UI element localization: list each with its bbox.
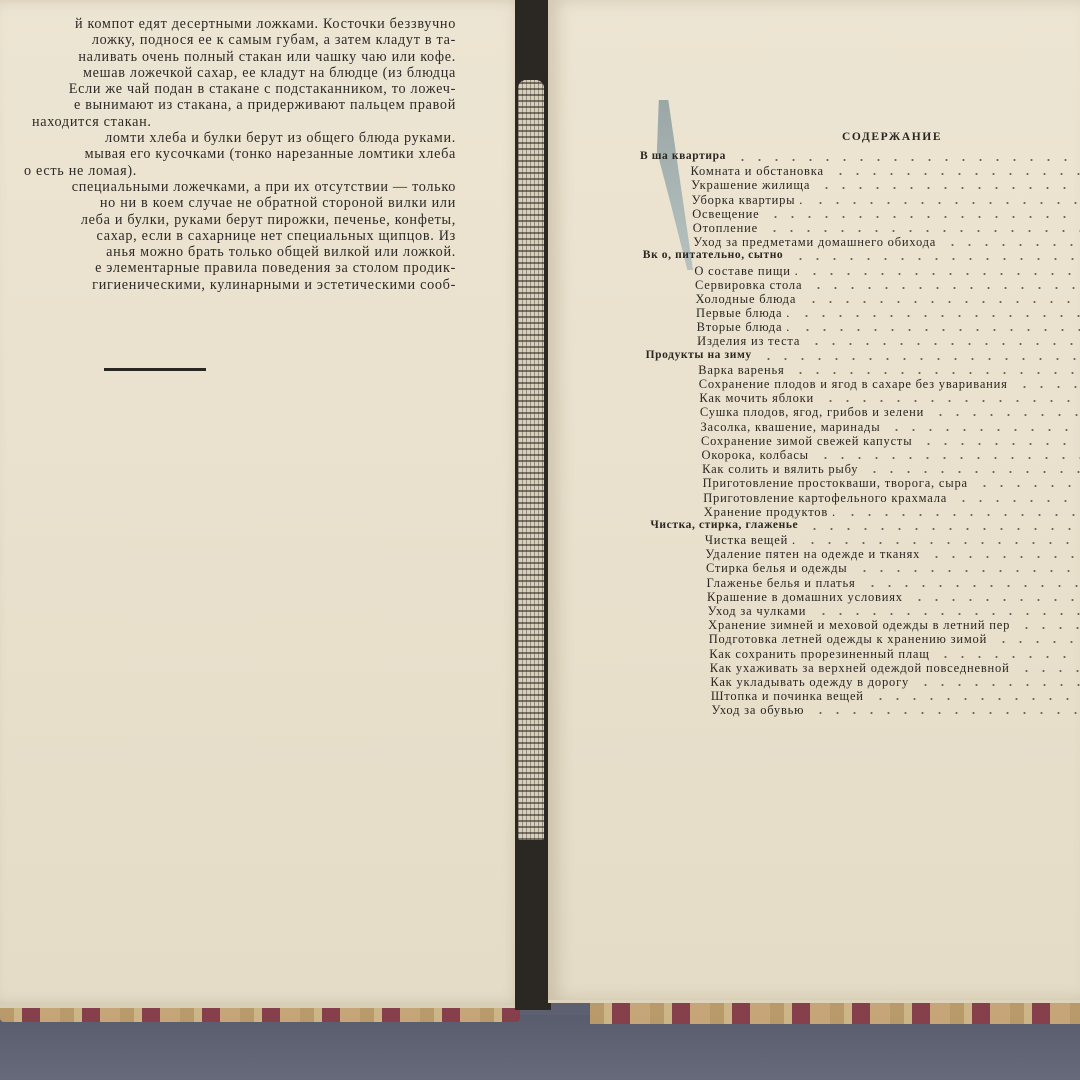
toc-label: Хранение зимней и меховой одежды в летни… (708, 618, 1010, 632)
toc-label: Освещение (692, 207, 759, 221)
text-line: но ни в коем случае не обратной стороной… (0, 195, 456, 211)
text-line: мешав ложечкой сахар, ее кладут на блюдц… (0, 65, 456, 81)
text-line: леба и булки, руками берут пирожки, пече… (0, 212, 456, 228)
toc-section: Вк о, питательно, сытно (640, 249, 1080, 263)
table-of-contents: В ша квартираКомната и обстановкаУкрашен… (640, 150, 1080, 718)
toc-entry: Уборка квартиры . (640, 193, 1080, 207)
toc-label: Вк о, питательно, сытно (643, 249, 784, 261)
toc-label: Штопка и починка вещей (711, 689, 864, 703)
toc-entry: Вторые блюда . (640, 320, 1080, 334)
toc-entry: Сервировка стола (640, 278, 1080, 292)
section-divider-rule (104, 368, 206, 371)
toc-label: Уборка квартиры . (692, 193, 804, 207)
toc-entry: Уход за предметами домашнего обихода (640, 235, 1080, 249)
toc-label: Холодные блюда (696, 292, 797, 306)
left-page: й компот едят десертными ложками. Косточ… (0, 0, 525, 1008)
toc-label: Приготовление картофельного крахмала (703, 491, 947, 505)
toc-label: Засолка, квашение, маринады (700, 420, 880, 434)
toc-label: Как ухаживать за верхней одеждой повседн… (710, 661, 1010, 675)
toc-entry: Варка варенья (640, 363, 1080, 377)
toc-entry: Штопка и починка вещей (640, 689, 1080, 703)
toc-entry: Сохранение зимой свежей капусты (640, 434, 1080, 448)
text-line: наливать очень полный стакан или чашку ч… (0, 49, 456, 65)
toc-label: Удаление пятен на одежде и тканях (705, 547, 920, 561)
text-line: о есть не ломая). (0, 163, 456, 179)
toc-entry: Хранение зимней и меховой одежды в летни… (640, 618, 1080, 632)
toc-entry: О составе пищи . (640, 264, 1080, 278)
toc-entry: Удаление пятен на одежде и тканях (640, 547, 1080, 561)
toc-label: Глаженье белья и платья (707, 576, 856, 590)
toc-section: Чистка, стирка, глаженье (640, 519, 1080, 533)
toc-entry: Первые блюда . (640, 306, 1080, 320)
toc-entry: Как солить и вялить рыбу (640, 462, 1080, 476)
toc-label: В ша квартира (640, 150, 726, 162)
toc-entry: Засолка, квашение, маринады (640, 420, 1080, 434)
text-line: й компот едят десертными ложками. Косточ… (0, 16, 456, 32)
toc-entry: Комната и обстановка (640, 164, 1080, 178)
toc-entry: Крашение в домашних условиях (640, 590, 1080, 604)
toc-label: Уход за предметами домашнего обихода (693, 235, 936, 249)
toc-entry: Уход за обувью (640, 703, 1080, 717)
toc-label: Как мочить яблоки (699, 391, 814, 405)
toc-label: Уход за чулками (708, 604, 807, 618)
toc-label: Приготовление простокваши, творога, сыра (703, 476, 968, 490)
toc-entry: Освещение (640, 207, 1080, 221)
toc-label: Продукты на зиму (646, 349, 752, 361)
toc-label: Чистка, стирка, глаженье (650, 519, 798, 531)
toc-label: Изделия из теста (697, 334, 800, 348)
toc-entry: Приготовление простокваши, творога, сыра (640, 476, 1080, 490)
toc-entry: Холодные блюда (640, 292, 1080, 306)
toc-entry: Как мочить яблоки (640, 391, 1080, 405)
toc-entry: Изделия из теста (640, 334, 1080, 348)
toc-label: Хранение продуктов . (704, 505, 836, 519)
spine-binding-mesh (518, 80, 544, 840)
toc-label: Как укладывать одежду в дорогу (710, 675, 909, 689)
toc-label: О составе пищи . (694, 264, 798, 278)
toc-label: Сервировка стола (695, 278, 802, 292)
toc-label: Окорока, колбасы (702, 448, 809, 462)
toc-label: Вторые блюда . (697, 320, 791, 334)
toc-entry: Окорока, колбасы (640, 448, 1080, 462)
text-line: ломти хлеба и булки берут из общего блюд… (0, 130, 456, 146)
toc-entry: Сохранение плодов и ягод в сахаре без ув… (640, 377, 1080, 391)
toc-label: Варка варенья (698, 363, 784, 377)
toc-label: Как сохранить прорезиненный плащ (709, 647, 929, 661)
text-line: Если же чай подан в стакане с подстаканн… (0, 81, 456, 97)
text-line: анья можно брать только общей вилкой или… (0, 244, 456, 260)
toc-entry: Сушка плодов, ягод, грибов и зелени (640, 405, 1080, 419)
toc-entry: Отопление (640, 221, 1080, 235)
toc-entry: Как ухаживать за верхней одеждой повседн… (640, 661, 1080, 675)
toc-section: Продукты на зиму (640, 349, 1080, 363)
toc-label: Уход за обувью (711, 703, 804, 717)
toc-entry: Хранение продуктов . (640, 505, 1080, 519)
text-line: е вынимают из стакана, а придерживают па… (0, 97, 456, 113)
toc-section: В ша квартира (640, 150, 1080, 164)
toc-label: Подготовка летней одежды к хранению зимо… (709, 632, 987, 646)
toc-entry: Уход за чулками (640, 604, 1080, 618)
table-surface (0, 1015, 1080, 1080)
toc-entry: Подготовка летней одежды к хранению зимо… (640, 632, 1080, 646)
toc-label: Стирка белья и одежды (706, 561, 848, 575)
toc-title: СОДЕРЖАНИЕ (842, 131, 942, 143)
toc-label: Сохранение зимой свежей капусты (701, 434, 912, 448)
toc-label: Сохранение плодов и ягод в сахаре без ув… (699, 377, 1008, 391)
toc-entry: Украшение жилища (640, 178, 1080, 192)
text-line: находится стакан. (0, 114, 456, 130)
toc-entry: Как сохранить прорезиненный плащ (640, 647, 1080, 661)
text-line: сахар, если в сахарнице нет специальных … (0, 228, 456, 244)
toc-label: Первые блюда . (696, 306, 790, 320)
toc-label: Крашение в домашних условиях (707, 590, 903, 604)
text-line: е элементарные правила поведения за стол… (0, 260, 456, 276)
text-line: гигиеническими, кулинарными и эстетическ… (0, 277, 456, 293)
toc-label: Как солить и вялить рыбу (702, 462, 858, 476)
toc-label: Сушка плодов, ягод, грибов и зелени (700, 405, 924, 419)
toc-label: Чистка вещей . (705, 533, 796, 547)
toc-entry: Стирка белья и одежды (640, 561, 1080, 575)
toc-entry: Глаженье белья и платья (640, 576, 1080, 590)
toc-label: Отопление (693, 221, 758, 235)
text-line: ложку, поднося ее к самым губам, а затем… (0, 32, 456, 48)
toc-label: Украшение жилища (691, 178, 810, 192)
toc-entry: Чистка вещей . (640, 533, 1080, 547)
left-page-body-text: й компот едят десертными ложками. Косточ… (0, 16, 456, 293)
text-line: мывая его кусочками (тонко нарезанные ло… (0, 146, 456, 162)
toc-entry: Как укладывать одежду в дорогу (640, 675, 1080, 689)
toc-entry: Приготовление картофельного крахмала (640, 491, 1080, 505)
text-line: специальными ложечками, а при их отсутст… (0, 179, 456, 195)
toc-label: Комната и обстановка (691, 164, 824, 178)
